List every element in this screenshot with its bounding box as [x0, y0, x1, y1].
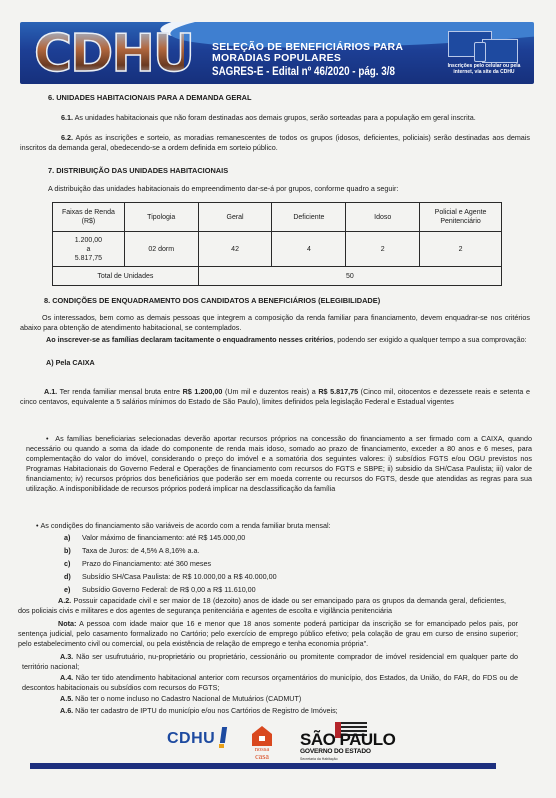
item-a1: A.1. Ter renda familiar mensal bruta ent…	[20, 387, 530, 407]
condition-item: d)Subsídio SH/Casa Paulista: de R$ 10.00…	[64, 572, 277, 582]
devices-caption: Inscrições pelo celular ou pela internet…	[438, 64, 530, 75]
a4-text: Não ter tido atendimento habitacional an…	[22, 673, 518, 692]
idoso-cell: 2	[346, 232, 420, 267]
a2-text: Possuir capacidade civil e ser maior de …	[18, 596, 506, 615]
section6-p1: 6.1. As unidades habitacionais que não f…	[61, 113, 476, 123]
bullet-conditions: • As condições do financiamento são vari…	[36, 521, 331, 531]
footer-cdhu-logo: CDHU	[167, 730, 215, 748]
nossa-casa-door-icon	[259, 736, 265, 741]
table-row: 1.200,00 a 5.817,75 02 dorm 42 4 2 2	[53, 232, 502, 267]
tipologia-cell: 02 dorm	[124, 232, 198, 267]
a1-max-income: R$ 5.817,75	[318, 387, 358, 396]
banner-title-line2: MORADIAS POPULARES	[212, 53, 435, 64]
condition-text: Prazo do Financiamento: até 360 meses	[82, 559, 211, 568]
phone-icon	[474, 42, 486, 62]
header-banner: CDHU SELEÇÃO DE BENEFICIÁRIOS PARA MORAD…	[20, 22, 534, 84]
condition-text: Taxa de Juros: de 4,5% A 8,16% a.a.	[82, 546, 199, 555]
policial-cell: 2	[420, 232, 502, 267]
condition-item: b)Taxa de Juros: de 4,5% A 8,16% a.a.	[64, 546, 199, 556]
edital-page-label: SAGRES-E - Edital nº 46/2020 - pág. 3/8	[212, 64, 395, 79]
col-header: Policial e Agente Penitenciário	[420, 203, 502, 232]
a1-min-income: R$ 1.200,00	[183, 387, 223, 396]
p1-label: 6.1.	[61, 113, 73, 122]
a1-text: (Um mil e duzentos reais) a	[222, 387, 318, 396]
section7-intro: A distribuição das unidades habitacionai…	[48, 184, 398, 194]
condition-item: c)Prazo do Financiamento: até 360 meses	[64, 559, 211, 569]
note-text: A pessoa com idade maior que 16 e menor …	[18, 619, 518, 648]
condition-key: a)	[64, 533, 82, 543]
a1-text: Ter renda familiar mensal bruta entre	[57, 387, 182, 396]
income-to: 5.817,75	[55, 254, 122, 263]
a6-label: A.6.	[60, 706, 73, 715]
sao-paulo-logo-title: SÃO PAULO	[300, 731, 395, 748]
section6-p2: 6.2. Após as inscrições e sorteio, as mo…	[20, 133, 530, 153]
col-header: Faixas de Renda (R$)	[53, 203, 125, 232]
a4-label: A.4.	[60, 673, 73, 682]
total-label: Total de Unidades	[53, 267, 199, 286]
p2-text: Após as inscrições e sorteio, as moradia…	[20, 133, 530, 152]
condition-text: Subsídio SH/Casa Paulista: de R$ 10.000,…	[82, 572, 277, 581]
bullet-icon: •	[46, 434, 55, 443]
condition-key: e)	[64, 585, 82, 595]
item-a5: A.5. Não ter o nome incluso no Cadastro …	[60, 694, 301, 704]
a3-text: Não ser usufrutuário, nu-proprietário ou…	[22, 652, 518, 671]
condition-text: Subsídio Governo Federal: de R$ 0,00 a R…	[82, 585, 256, 594]
footer-bar	[30, 763, 496, 769]
cdhu-logo: CDHU	[34, 26, 184, 82]
section6-heading: 6. UNIDADES HABITACIONAIS PARA A DEMANDA…	[48, 93, 252, 103]
col-header: Idoso	[346, 203, 420, 232]
table-header-row: Faixas de Renda (R$) Tipologia Geral Def…	[53, 203, 502, 232]
section8-heading: 8. CONDIÇÕES DE ENQUADRAMENTO DOS CANDID…	[44, 296, 380, 306]
devices-illustration: Inscrições pelo celular ou pela internet…	[438, 28, 530, 80]
condition-text: Valor máximo de financiamento: até R$ 14…	[82, 533, 245, 542]
item-a4: A.4. Não ter tido atendimento habitacion…	[22, 673, 518, 693]
cdhu-exclamation-icon	[220, 727, 227, 743]
banner-titles: SELEÇÃO DE BENEFICIÁRIOS PARA MORADIAS P…	[212, 42, 435, 79]
col-header: Deficiente	[272, 203, 346, 232]
condition-key: b)	[64, 546, 82, 556]
sao-paulo-logo-subtitle: GOVERNO DO ESTADO	[300, 748, 371, 755]
deficiente-cell: 4	[272, 232, 346, 267]
a5-text: Não ter o nome incluso no Cadastro Nacio…	[73, 694, 301, 703]
a1-label: A.1.	[44, 387, 57, 396]
col-header: Tipologia	[124, 203, 198, 232]
units-distribution-table: Faixas de Renda (R$) Tipologia Geral Def…	[52, 202, 502, 286]
condition-key: d)	[64, 572, 82, 582]
note: Nota: A pessoa com idade maior que 16 e …	[18, 619, 518, 649]
a2-label: A.2.	[58, 596, 71, 605]
bullet-text: As famílias beneficiarias selecionadas d…	[26, 434, 532, 493]
cdhu-exclamation-dot-icon	[219, 744, 224, 748]
subheading-caixa: A) Pela CAIXA	[46, 358, 95, 368]
section8-p1: Os interessados, bem como as demais pess…	[20, 313, 530, 333]
condition-key: c)	[64, 559, 82, 569]
p2-rest: , podendo ser exigido a qualquer tempo a…	[333, 335, 526, 344]
income-range-cell: 1.200,00 a 5.817,75	[53, 232, 125, 267]
sao-paulo-logo-small: Secretaria da Habitação	[300, 757, 338, 761]
section7-heading: 7. DISTRIBUIÇÃO DAS UNIDADES HABITACIONA…	[48, 166, 228, 176]
nossa-casa-logo: nossa casa	[249, 747, 275, 761]
a6-text: Não ter cadastro de IPTU do município e/…	[73, 706, 337, 715]
item-a6: A.6. Não ter cadastro de IPTU do municíp…	[60, 706, 338, 716]
condition-item: e)Subsídio Governo Federal: de R$ 0,00 a…	[64, 585, 256, 595]
nossa-casa-line2: casa	[249, 753, 275, 761]
a3-label: A.3.	[60, 652, 73, 661]
note-label: Nota:	[58, 619, 76, 628]
p1-text: As unidades habitacionais que não foram …	[73, 113, 476, 122]
col-header: Geral	[198, 203, 272, 232]
income-from: 1.200,00	[55, 236, 122, 245]
table-total-row: Total de Unidades 50	[53, 267, 502, 286]
p2-label: 6.2.	[61, 133, 73, 142]
income-sep: a	[55, 245, 122, 254]
p2-bold: Ao inscrever-se as famílias declaram tac…	[46, 335, 333, 344]
bullet-text: As condições do financiamento são variáv…	[41, 521, 331, 530]
section8-p2: Ao inscrever-se as famílias declaram tac…	[20, 335, 530, 345]
tablet-icon	[482, 39, 518, 63]
bullet-own-resources: • As famílias beneficiarias selecionadas…	[26, 434, 532, 494]
item-a3: A.3. Não ser usufrutuário, nu-proprietár…	[22, 652, 518, 672]
geral-cell: 42	[198, 232, 272, 267]
total-value: 50	[198, 267, 501, 286]
condition-item: a)Valor máximo de financiamento: até R$ …	[64, 533, 245, 543]
a5-label: A.5.	[60, 694, 73, 703]
document-page: CDHU SELEÇÃO DE BENEFICIÁRIOS PARA MORAD…	[0, 0, 556, 798]
item-a2: A.2. Possuir capacidade civil e ser maio…	[18, 596, 506, 616]
